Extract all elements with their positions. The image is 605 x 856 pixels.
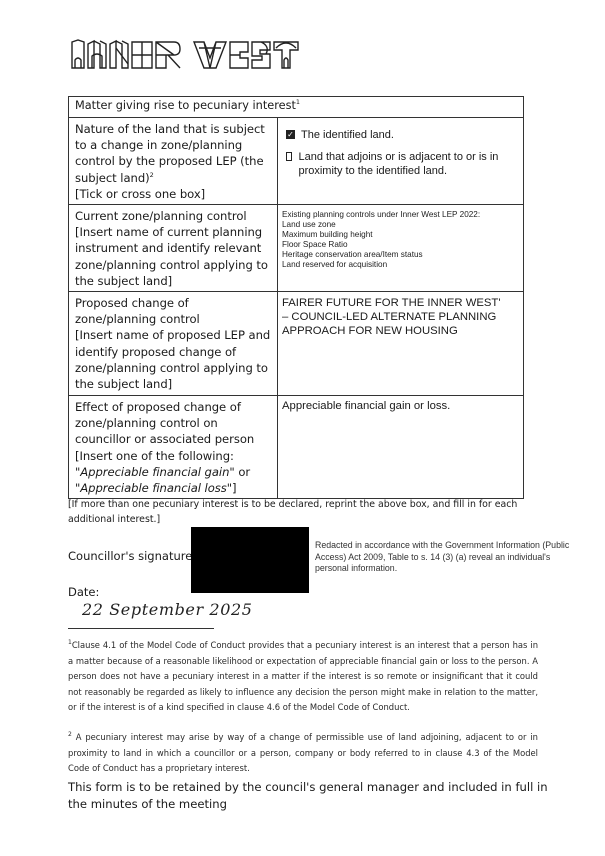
value-line: Maximum building height [282,230,519,240]
value-line: Existing planning controls under Inner W… [282,210,519,220]
option-gain: Appreciable financial gain [80,465,229,479]
table-row-current-zone: Current zone/planning control [Insert na… [69,205,524,292]
table-row-nature-of-land: Nature of the land that is subject to a … [69,118,524,205]
redacted-signature [191,527,309,593]
signature-label: Councillor's signature: [68,549,196,563]
row-label: Current zone/planning control [Insert na… [69,205,278,292]
row-heading: Proposed change of zone/planning control [75,296,200,326]
redaction-note: Redacted in accordance with the Governme… [315,540,585,575]
footnote-ref: 2 [68,731,72,738]
row-instruction: [Tick or cross one box] [75,186,272,202]
footnote-1: 1Clause 4.1 of the Model Code of Conduct… [68,638,538,716]
row-instruction: [Insert name of proposed LEP and identif… [75,327,272,392]
proposed-change-cell: FAIRER FUTURE FOR THE INNER WEST' – COUN… [278,292,524,396]
retention-note: This form is to be retained by the counc… [68,779,548,812]
footnote-text: A pecuniary interest may arise by way of… [68,732,538,773]
inner-west-logo [70,38,300,70]
checkbox-unchecked-icon[interactable] [286,152,292,161]
value-line: FAIRER FUTURE FOR THE INNER WEST' [282,296,519,310]
footnote-2: 2 A pecuniary interest may arise by way … [68,730,538,777]
table-header-text: Matter giving rise to pecuniary interest [75,99,296,112]
footnote-ref: 1 [296,98,300,106]
reprint-note: [If more than one pecuniary interest is … [68,497,538,527]
table-row-effect: Effect of proposed change of zone/planni… [69,396,524,499]
option-loss: Appreciable financial loss [80,481,226,495]
date-underline [68,628,214,629]
row-label: Effect of proposed change of zone/planni… [69,396,278,499]
land-options-cell: ✓ The identified land. Land that adjoins… [278,118,524,205]
row-label: Proposed change of zone/planning control… [69,292,278,396]
table-header-cell: Matter giving rise to pecuniary interest… [69,97,524,118]
option-identified-land[interactable]: ✓ The identified land. [286,128,523,142]
row-instruction: [Insert one of the following: "Appreciab… [75,448,272,497]
value-line: APPROACH FOR NEW HOUSING [282,324,519,338]
row-label: Nature of the land that is subject to a … [69,118,278,205]
option-adjoining-land[interactable]: Land that adjoins or is adjacent to or i… [286,150,523,178]
table-header-row: Matter giving rise to pecuniary interest… [69,97,524,118]
checkbox-checked-icon[interactable]: ✓ [286,130,295,139]
option-label: Land that adjoins or is adjacent to or i… [298,150,523,178]
option-label: The identified land. [301,128,394,142]
row-instruction: [Insert name of current planning instrum… [75,224,272,289]
table-row-proposed-change: Proposed change of zone/planning control… [69,292,524,396]
footnote-ref: 2 [150,171,154,179]
or-word: or [238,465,250,479]
value-line: Heritage conservation area/Item status [282,250,519,260]
value-line: – COUNCIL-LED ALTERNATE PLANNING [282,310,519,324]
footnote-text: Clause 4.1 of the Model Code of Conduct … [68,640,538,712]
effect-value-cell: Appreciable financial gain or loss. [278,396,524,499]
effect-value: Appreciable financial gain or loss. [282,400,450,412]
current-controls-cell: Existing planning controls under Inner W… [278,205,524,292]
instruction-prefix: [Insert one of the following: [75,449,234,463]
row-heading: Current zone/planning control [75,209,247,223]
value-line: Land use zone [282,220,519,230]
row-heading: Effect of proposed change of zone/planni… [75,400,254,446]
date-label: Date: [68,585,99,599]
value-line: Floor Space Ratio [282,240,519,250]
pecuniary-interest-table: Matter giving rise to pecuniary interest… [68,96,524,499]
value-line: Land reserved for acquisition [282,260,519,270]
row-heading: Nature of the land that is subject to a … [75,122,265,185]
date-value-handwritten: 22 September 2025 [82,600,253,619]
